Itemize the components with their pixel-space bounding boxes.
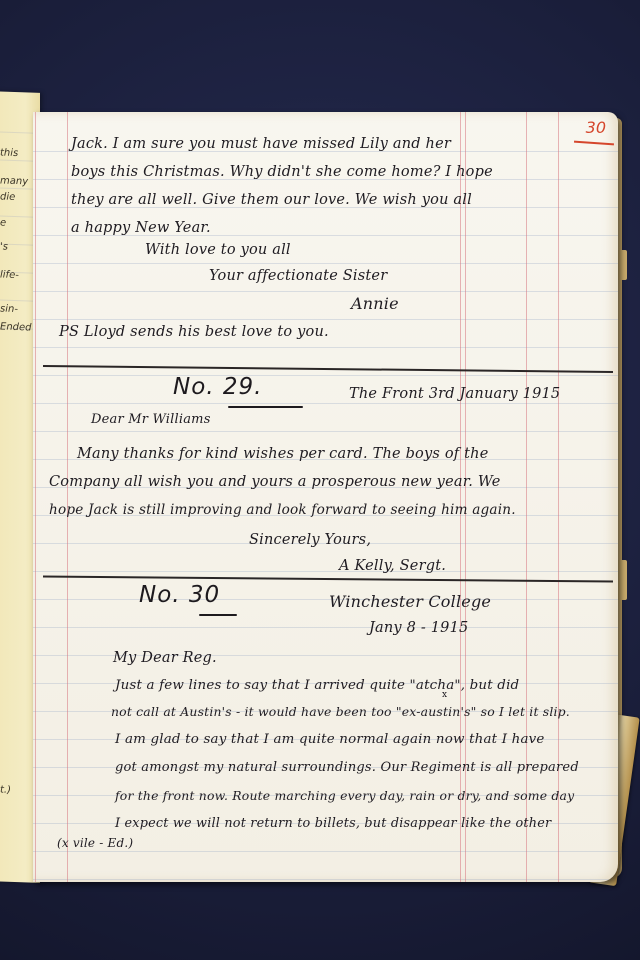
footnote: (x vile - Ed.)	[57, 836, 133, 850]
letter-line: they are all well. Give them our love. W…	[71, 192, 472, 208]
left-page-line: Ended	[0, 321, 32, 333]
letter-line: not call at Austin's - it would have bee…	[111, 704, 570, 719]
letter-line: boys this Christmas. Why didn't she come…	[71, 164, 493, 180]
entry-number-underline	[199, 614, 237, 616]
left-page-line: many	[0, 175, 28, 187]
footnote-mark: x	[442, 690, 447, 700]
signature: Annie	[351, 294, 399, 313]
letter-line: got amongst my natural surroundings. Our…	[115, 760, 579, 775]
left-page-line: t.)	[0, 784, 11, 795]
postscript: PS Lloyd sends his best love to you.	[59, 324, 329, 340]
date: Jany 8 - 1915	[369, 620, 468, 636]
photo-scene: this many die e 's life- sin- Ended t.) …	[0, 0, 640, 960]
letter-line: for the front now. Route marching every …	[115, 788, 574, 803]
margin-rule	[67, 112, 68, 882]
letter-line: a happy New Year.	[71, 220, 211, 236]
left-page-line: 's	[0, 241, 8, 252]
salutation: Dear Mr Williams	[91, 412, 211, 427]
valediction: Your affectionate Sister	[209, 268, 387, 284]
letter-book-page: 30 Jack. I am sure you must have missed …	[33, 112, 618, 882]
letter-line: Just a few lines to say that I arrived q…	[115, 678, 519, 693]
page-tab	[617, 250, 627, 280]
letter-line: I expect we will not return to billets, …	[115, 816, 551, 831]
letter-line: hope Jack is still improving and look fo…	[49, 502, 516, 518]
location: Winchester College	[329, 592, 491, 611]
closing: Sincerely Yours,	[249, 532, 371, 548]
location-date: The Front 3rd January 1915	[349, 386, 560, 402]
page-number: 30	[586, 118, 606, 137]
left-page-line: e	[0, 217, 6, 228]
page-tab	[617, 560, 627, 600]
entry-number: No. 30	[139, 582, 220, 608]
letter-line: Jack. I am sure you must have missed Lil…	[71, 136, 451, 152]
letter-line: Many thanks for kind wishes per card. Th…	[77, 446, 488, 462]
entry-number: No. 29.	[173, 374, 262, 400]
left-page-line: sin-	[0, 303, 18, 315]
left-page-line: die	[0, 191, 15, 203]
signature: A Kelly, Sergt.	[339, 558, 446, 574]
entry-number-underline	[228, 406, 303, 408]
letter-line: Company all wish you and yours a prosper…	[49, 474, 501, 490]
closing: With love to you all	[145, 242, 291, 258]
margin-rule	[35, 112, 36, 882]
left-page-line: life-	[0, 269, 19, 281]
salutation: My Dear Reg.	[113, 650, 217, 666]
letter-line: I am glad to say that I am quite normal …	[115, 732, 545, 747]
left-page-line: this	[0, 147, 18, 159]
